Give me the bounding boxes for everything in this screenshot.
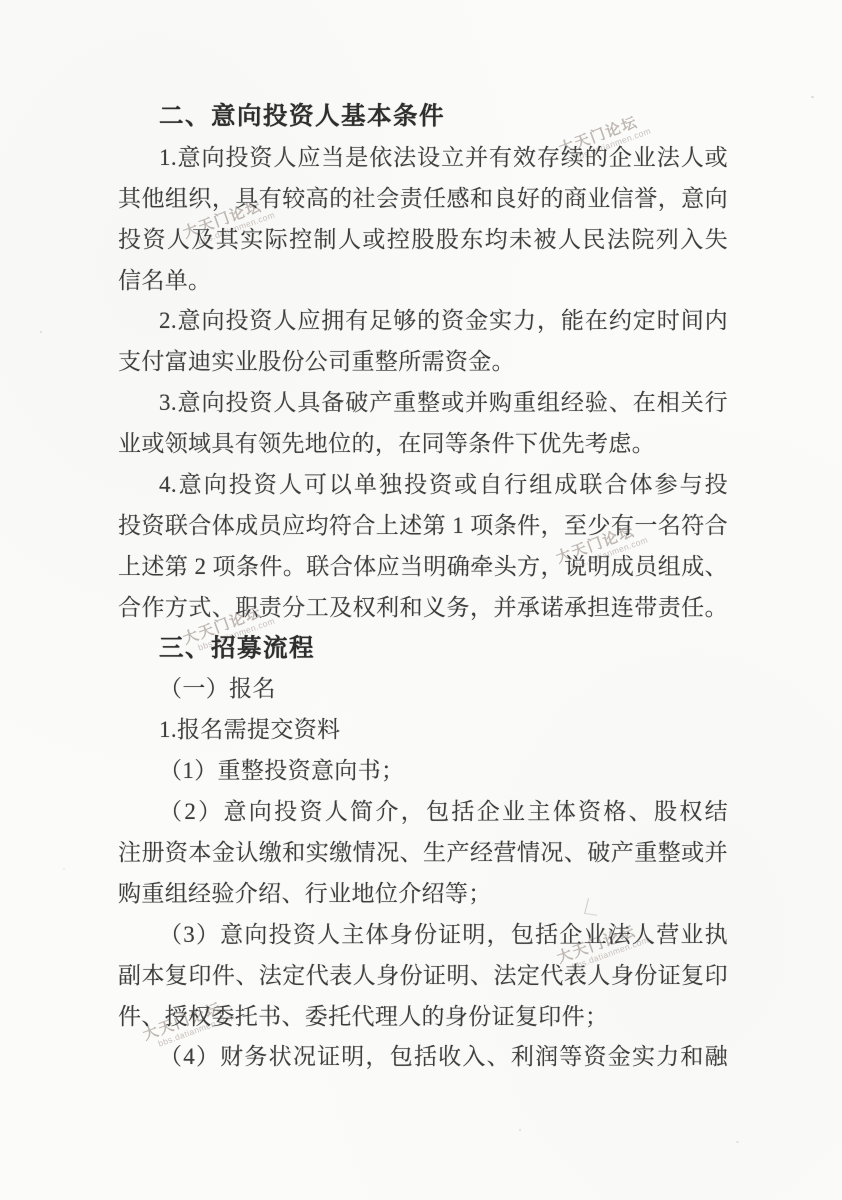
text-line: 副本复印件、法定代表人身份证明、法定代表人身份证复印: [118, 956, 728, 997]
text-line: 投资人及其实际控制人或控股股东均未被人民法院列入失: [118, 220, 728, 261]
text-line: 业或领域具有领先地位的，在同等条件下优先考虑。: [118, 424, 728, 465]
text-line: 件、授权委托书、委托代理人的身份证复印件；: [118, 997, 728, 1038]
text-line: 1.报名需提交资料: [118, 710, 728, 751]
text-line: 其他组织，具有较高的社会责任感和良好的商业信誉，意向: [118, 179, 728, 220]
text-line: 1.意向投资人应当是依法设立并有效存续的企业法人或: [118, 138, 728, 179]
scanned-document-page: 大天门论坛bbs.datianmen.com大天门论坛bbs.datianmen…: [0, 0, 842, 1200]
text-line: 投资联合体成员应均符合上述第 1 项条件，至少有一名符合: [118, 506, 728, 547]
section-heading: 二、意向投资人基本条件: [118, 97, 728, 138]
paper-speck: [736, 1141, 739, 1143]
text-line: 4.意向投资人可以单独投资或自行组成联合体参与投资，: [118, 465, 728, 506]
paper-speck: [40, 331, 42, 333]
text-line: 合作方式、职责分工及权利和义务，并承诺承担连带责任。: [118, 588, 728, 629]
paper-speck: [519, 1129, 521, 1131]
text-line: （2）意向投资人简介，包括企业主体资格、股权结构、: [118, 792, 728, 833]
text-line: 上述第 2 项条件。联合体应当明确牵头方，说明成员组成、: [118, 547, 728, 588]
paper-speck: [811, 96, 814, 98]
text-line: 2.意向投资人应拥有足够的资金实力，能在约定时间内: [118, 301, 728, 342]
text-line: （一）报名: [118, 669, 728, 710]
text-line: （1）重整投资意向书；: [118, 751, 728, 792]
section-heading: 三、招募流程: [118, 629, 728, 670]
paper-speck: [63, 868, 65, 870]
document-text: 二、意向投资人基本条件1.意向投资人应当是依法设立并有效存续的企业法人或其他组织…: [118, 97, 728, 1078]
text-line: 信名单。: [118, 261, 728, 302]
text-line: 3.意向投资人具备破产重整或并购重组经验、在相关行: [118, 383, 728, 424]
text-line: 注册资本金认缴和实缴情况、生产经营情况、破产重整或并: [118, 833, 728, 874]
text-line: 支付富迪实业股份公司重整所需资金。: [118, 342, 728, 383]
text-line: 购重组经验介绍、行业地位介绍等；: [118, 874, 728, 915]
text-line: （4）财务状况证明，包括收入、利润等资金实力和融资: [118, 1037, 728, 1078]
text-line: （3）意向投资人主体身份证明，包括企业法人营业执照: [118, 915, 728, 956]
